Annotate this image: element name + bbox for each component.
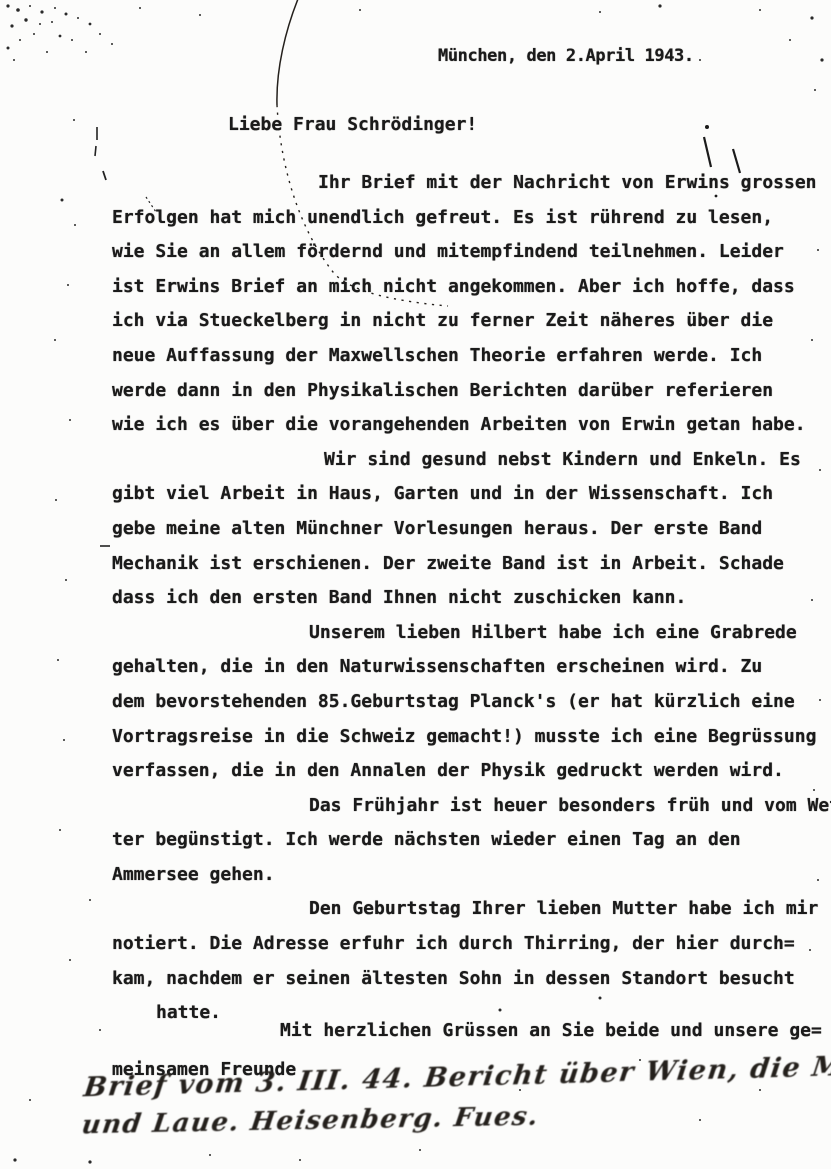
letter-line: Erfolgen hat mich unendlich gefreut. Es … — [112, 201, 831, 236]
letter-body: Ihr Brief mit der Nachricht von Erwins g… — [112, 166, 831, 1088]
letter-line: Ihr Brief mit der Nachricht von Erwins g… — [112, 166, 831, 201]
letter-line: wie ich es über die vorangehenden Arbeit… — [112, 408, 831, 443]
salutation: Liebe Frau Schrödinger! — [228, 114, 477, 135]
handwritten-annotation-line-2: und Laue. Heisenberg. Fues. — [80, 1101, 541, 1140]
letter-line: ist Erwins Brief an mich nicht angekomme… — [112, 270, 831, 305]
letter-line: kam, nachdem er seinen ältesten Sohn in … — [112, 962, 831, 997]
letter-line: Wir sind gesund nebst Kindern und Enkeln… — [112, 443, 831, 478]
letter-line: gebe meine alten Münchner Vorlesungen he… — [112, 512, 831, 547]
letter-line: wie Sie an allem fördernd und mitempfind… — [112, 235, 831, 270]
scanned-letter-page: München, den 2.April 1943. Liebe Frau Sc… — [0, 0, 831, 1169]
letter-line: Den Geburtstag Ihrer lieben Mutter habe … — [112, 892, 831, 927]
dateline: München, den 2.April 1943. — [438, 46, 694, 66]
pen-arc-solid — [277, 0, 300, 105]
letter-line: Ammersee gehen. — [112, 858, 831, 893]
letter-line: werde dann in den Physikalischen Bericht… — [112, 374, 831, 409]
letter-line: ter begünstigt. Ich werde nächsten wiede… — [112, 823, 831, 858]
letter-line: Das Frühjahr ist heuer besonders früh un… — [112, 789, 831, 824]
letter-line: gehalten, die in den Naturwissenschaften… — [112, 650, 831, 685]
letter-line: neue Auffassung der Maxwellschen Theorie… — [112, 339, 831, 374]
letter-line: gibt viel Arbeit in Haus, Garten und in … — [112, 477, 831, 512]
letter-line: dass ich den ersten Band Ihnen nicht zus… — [112, 581, 831, 616]
letter-line: verfassen, die in den Annalen der Physik… — [112, 754, 831, 789]
letter-line: dem bevorstehenden 85.Geburtstag Planck'… — [112, 685, 831, 720]
letter-line: notiert. Die Adresse erfuhr ich durch Th… — [112, 927, 831, 962]
letter-line: Mechanik ist erschienen. Der zweite Band… — [112, 547, 831, 582]
letter-line: Vortragsreise in die Schweiz gemacht!) m… — [112, 720, 831, 755]
letter-line: Unserem lieben Hilbert habe ich eine Gra… — [112, 616, 831, 651]
letter-line: ich via Stueckelberg in nicht zu ferner … — [112, 304, 831, 339]
